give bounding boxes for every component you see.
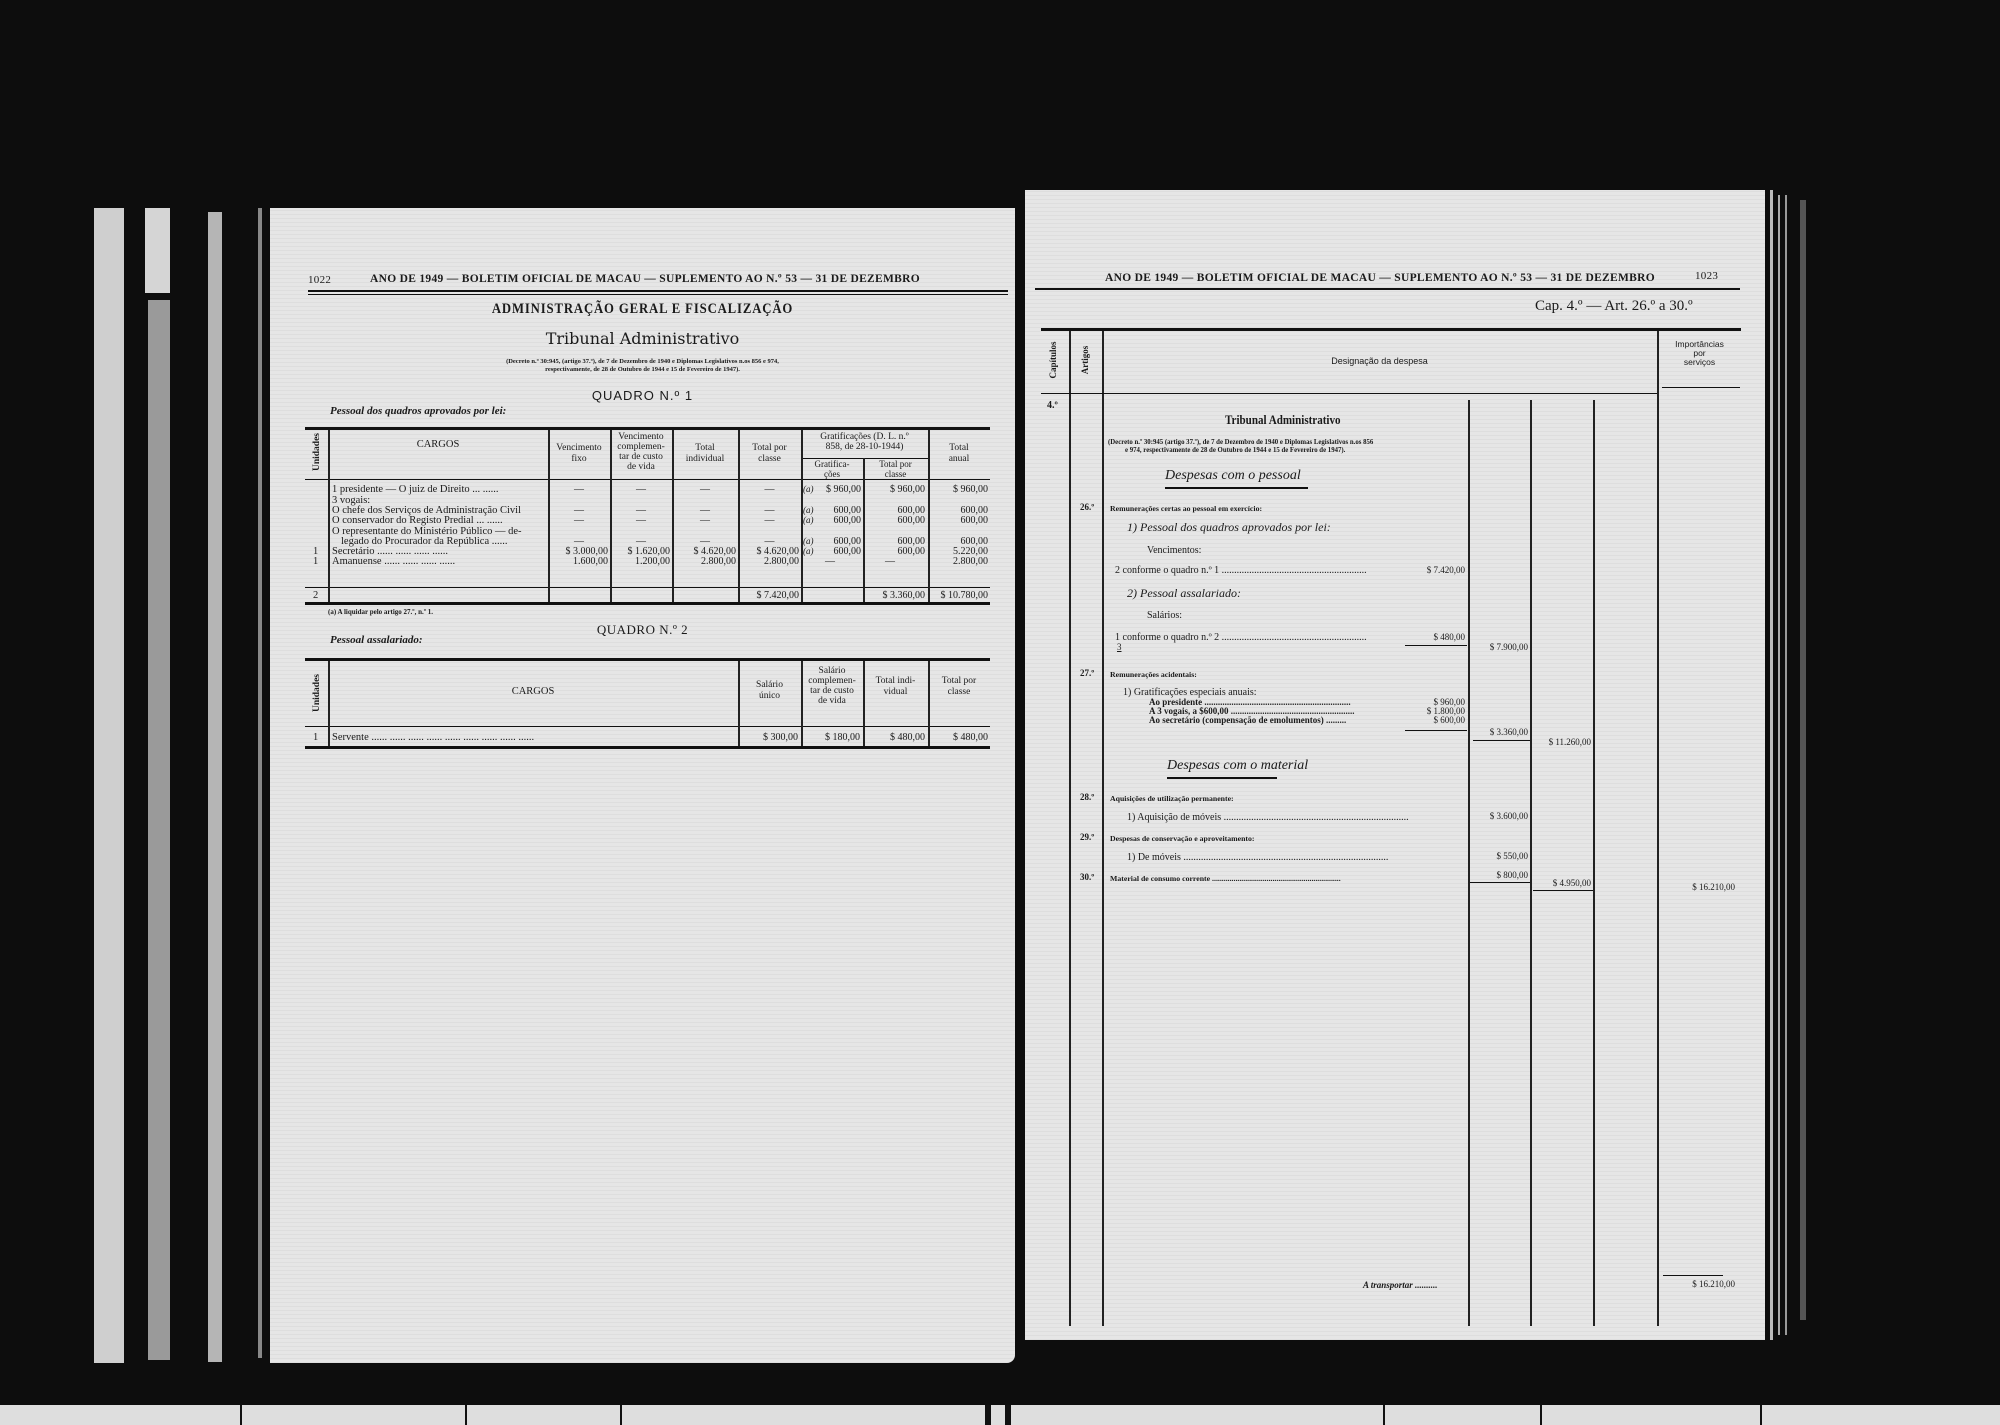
item-line: 1) De móveis ...........................… (1127, 852, 1388, 863)
book-page-edge (94, 208, 124, 1363)
amount: $ 3.600,00 (1473, 811, 1528, 822)
article-number: 26.º (1080, 502, 1094, 513)
subtotal: $ 4.950,00 (1533, 878, 1591, 889)
col-cargos: CARGOS (328, 439, 548, 450)
running-header: ANO DE 1949 — BOLETIM OFICIAL DE MACAU —… (370, 273, 920, 285)
decree-reference-2: e 974, respectivamente de 28 de Outubro … (1125, 447, 1345, 454)
item-line: Salários: (1147, 610, 1182, 621)
quadro1-title: QUADRO N.º 1 (270, 388, 1015, 403)
quadro1-total-row: 2 $ 7.420,00 $ 3.360,00 $ 10.780,00 (305, 590, 990, 602)
col-importancias: Importânciasporserviços (1657, 340, 1742, 367)
amount: $ 550,00 (1473, 851, 1528, 862)
amount: $ 7.420,00 (1400, 565, 1465, 576)
header-rule (308, 290, 1008, 292)
fraction-denominator: 3 (1117, 642, 1122, 653)
article-number: 30.º (1080, 872, 1094, 883)
book-page-edge (148, 300, 170, 1360)
quadro1-table: Unidades CARGOS Vencimentofixo Venciment… (305, 427, 990, 607)
table-row: 1 Amanuense ...... ...... ...... ...... … (305, 556, 990, 568)
section-subtitle: Tribunal Administrativo (270, 329, 1015, 348)
item-heading: Despesas de conservação e aproveitamento… (1110, 833, 1255, 844)
col-salario-unico: Salárioúnico (738, 680, 801, 702)
book-page-edge (1785, 195, 1787, 1335)
chapter-reference: Cap. 4.º — Art. 26.º a 30.º (1535, 298, 1693, 315)
col-artigos: Artigos (1080, 336, 1090, 384)
quadro2-caption: Pessoal assalariado: (330, 634, 423, 646)
decree-reference-2: respectivamente, de 28 de Outubro de 194… (270, 366, 1015, 373)
table-top-rule (1041, 328, 1741, 331)
col-total-individual: Total indi-vidual (863, 676, 928, 698)
article-number: 27.º (1080, 668, 1094, 679)
item-heading: Aquisições de utilização permanente: (1110, 793, 1234, 804)
col-unidades: Unidades (312, 428, 322, 476)
item-heading: Remunerações acidentais: (1110, 669, 1197, 680)
amount: $ 480,00 (1400, 632, 1465, 643)
subtotal: $ 3.360,00 (1473, 727, 1528, 738)
item-line: 1 conforme o quadro n.º 2 ..............… (1115, 632, 1367, 643)
table-row: 1 Servente ...... ...... ...... ...... .… (305, 732, 990, 744)
amount: $ 800,00 (1473, 870, 1528, 881)
running-header: ANO DE 1949 — BOLETIM OFICIAL DE MACAU —… (1105, 272, 1655, 284)
tribunal-title: Tribunal Administrativo (1225, 412, 1341, 428)
subtotal: $ 11.260,00 (1533, 737, 1591, 748)
item-line: 1) Pessoal dos quadros aprovados por lei… (1127, 522, 1331, 533)
decree-reference: (Decreto n.º 30:945 (artigo 37.º), de 7 … (1108, 439, 1373, 446)
quadro2-table: Unidades CARGOS Salárioúnico Saláriocomp… (305, 658, 990, 753)
page-number: 1023 (1695, 270, 1718, 282)
heading-material: Despesas com o material (1167, 758, 1308, 774)
book-page-edge (145, 208, 170, 293)
book-page-edge (258, 208, 262, 1358)
subtotal: $ 7.900,00 (1473, 642, 1528, 653)
col-total-classe: Total porclasse (928, 676, 990, 698)
item-line: 2) Pessoal assalariado: (1127, 588, 1241, 599)
book-page-edge (1778, 195, 1780, 1335)
col-venc-fixo: Vencimentofixo (548, 443, 610, 465)
amount: $ 600,00 (1400, 715, 1465, 726)
decree-reference: (Decreto n.º 30:945, (artigo 37.º), de 7… (270, 358, 1015, 365)
left-page: 1022 ANO DE 1949 — BOLETIM OFICIAL DE MA… (270, 208, 1015, 1363)
col-grat-total-classe: Total porclasse (863, 460, 928, 479)
col-total-individual: Totalindividual (672, 443, 738, 465)
col-total-classe: Total porclasse (738, 443, 801, 465)
item-line: 1) Aquisição de móveis .................… (1127, 812, 1409, 823)
scan-bottom-edge (0, 1405, 2000, 1425)
item-heading: Material de consumo corrente ...........… (1110, 873, 1341, 884)
col-designacao: Designação da despesa (1102, 356, 1657, 367)
transport-label: A transportar .......... (1363, 1280, 1438, 1291)
col-cargos: CARGOS (328, 686, 738, 697)
col-salario-compl: Saláriocomplemen-tar de custode vida (801, 666, 863, 706)
article-number: 28.º (1080, 792, 1094, 803)
section-title: ADMINISTRAÇÃO GERAL E FISCALIZAÇÃO (326, 301, 959, 318)
transport-total: $ 16.210,00 (1660, 1279, 1735, 1290)
right-page: ANO DE 1949 — BOLETIM OFICIAL DE MACAU —… (1025, 190, 1765, 1340)
book-page-edge (1800, 200, 1806, 1320)
item-heading: Remunerações certas ao pessoal em exercí… (1110, 503, 1262, 514)
article-number: 29.º (1080, 832, 1094, 843)
book-page-edge (1770, 190, 1773, 1340)
col-gratificacoes-group: Gratificações (D. L. n.º858, de 28-10-19… (801, 432, 928, 452)
page-number: 1022 (308, 274, 331, 286)
item-line: Ao secretário (compensação de emolumento… (1149, 715, 1346, 726)
col-unidades: Unidades (312, 669, 322, 717)
header-rule (1035, 288, 1740, 290)
header-rule-thin (308, 294, 1008, 295)
col-venc-compl: Vencimentocomplemen-tar de custode vida (610, 432, 672, 472)
quadro1-footnote: (a) A liquidar pelo artigo 27.º, n.º 1. (328, 608, 433, 616)
service-total: $ 16.210,00 (1660, 882, 1735, 893)
col-gratificacoes: Gratifica-ções (801, 460, 863, 479)
chapter-number: 4.º (1047, 400, 1058, 411)
item-line: 2 conforme o quadro n.º 1 ..............… (1115, 565, 1367, 576)
item-line: Vencimentos: (1147, 545, 1201, 556)
book-page-edge (208, 212, 222, 1362)
col-total-anual: Totalanual (928, 443, 990, 465)
col-capitulos: Capítulos (1048, 336, 1058, 384)
heading-pessoal: Despesas com o pessoal (1165, 468, 1301, 484)
quadro1-caption: Pessoal dos quadros aprovados por lei: (330, 405, 506, 417)
